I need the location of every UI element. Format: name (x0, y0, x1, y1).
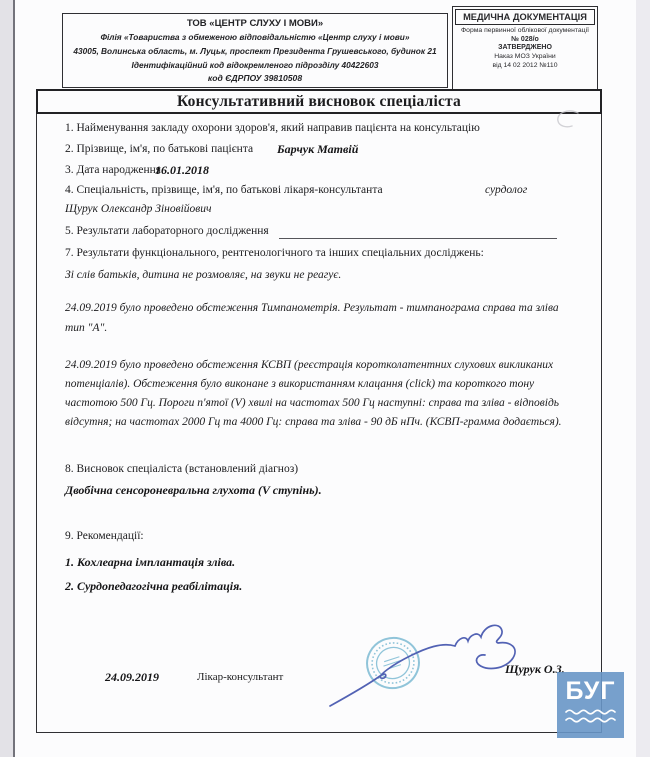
field-8-label: 8. Висновок спеціаліста (встановлений ді… (65, 463, 298, 475)
field-2-label: 2. Прізвище, ім'я, по батькові пацієнта (65, 143, 253, 155)
field-3-label: 3. Дата народження (65, 164, 161, 176)
medical-documentation-title: МЕДИЧНА ДОКУМЕНТАЦІЯ (455, 9, 595, 25)
field-4-doctor-name: Щурук Олександр Зіновійович (65, 203, 212, 215)
footer-role: Лікар-консультант (197, 671, 283, 683)
scan-edge-line (13, 0, 15, 757)
scan-edge-strip (0, 0, 13, 757)
approved-label: ЗАТВЕРДЖЕНО (453, 44, 597, 53)
field-5-blank-line (279, 238, 557, 239)
field-7-note: Зі слів батьків, дитина не розмовляє, на… (65, 269, 341, 281)
form-number: № 028/о (453, 36, 597, 45)
form-type-label: Форма первинної облікової документації (453, 27, 597, 36)
paragraph-ksvp: 24.09.2019 було проведено обстеження КСВ… (65, 356, 577, 432)
order-label: Наказ МОЗ України (453, 53, 597, 62)
bug-watermark-logo: БУГ (557, 672, 624, 738)
organization-header-box: ТОВ «ЦЕНТР СЛУХУ І МОВИ» Філія «Товарист… (62, 13, 448, 88)
pencil-mark-icon (548, 105, 588, 133)
field-9-label: 9. Рекомендації: (65, 530, 144, 542)
field-1-label: 1. Найменування закладу охорони здоров'я… (65, 122, 480, 134)
organization-name: ТОВ «ЦЕНТР СЛУХУ І МОВИ» (63, 18, 447, 29)
signature-icon (328, 608, 553, 720)
organization-branch: Філія «Товариства з обмеженою відповідал… (63, 32, 447, 42)
document-title-box: Консультативний висновок спеціаліста (36, 89, 602, 114)
organization-id-code: Ідентифікаційний код відокремленого підр… (63, 60, 447, 70)
field-4-value-specialty: сурдолог (485, 184, 527, 196)
scanned-document: ТОВ «ЦЕНТР СЛУХУ І МОВИ» Філія «Товарист… (0, 0, 650, 757)
medical-documentation-box: МЕДИЧНА ДОКУМЕНТАЦІЯ Форма первинної обл… (452, 6, 598, 90)
recommendation-1: 1. Кохлеарна імплантація зліва. (65, 555, 235, 570)
paragraph-tympanometry: 24.09.2019 було проведено обстеження Тим… (65, 298, 577, 338)
order-date: від 14 02 2012 №110 (453, 62, 597, 71)
bug-watermark-text: БУГ (565, 676, 615, 706)
organization-address: 43005, Волинська область, м. Луцьк, прос… (63, 46, 447, 56)
organization-edrpou: код ЄДРПОУ 39810508 (63, 73, 447, 83)
field-4-label: 4. Спеціальність, прізвище, ім'я, по бат… (65, 184, 383, 196)
field-8-diagnosis: Двобічна сенсороневральна глухота (V сту… (65, 483, 322, 498)
footer-date: 24.09.2019 (105, 670, 159, 685)
recommendation-2: 2. Сурдопедагогічна реабілітація. (65, 579, 242, 594)
field-2-value-patient-name: Барчук Матвій (277, 142, 358, 157)
document-title: Консультативний висновок спеціаліста (177, 93, 461, 111)
waves-icon (564, 708, 618, 725)
field-3-value-birth-date: 16.01.2018 (155, 163, 209, 178)
field-5-label: 5. Результати лабораторного дослідження (65, 225, 269, 237)
field-7-label: 7. Результати функціонального, рентгенол… (65, 247, 585, 259)
